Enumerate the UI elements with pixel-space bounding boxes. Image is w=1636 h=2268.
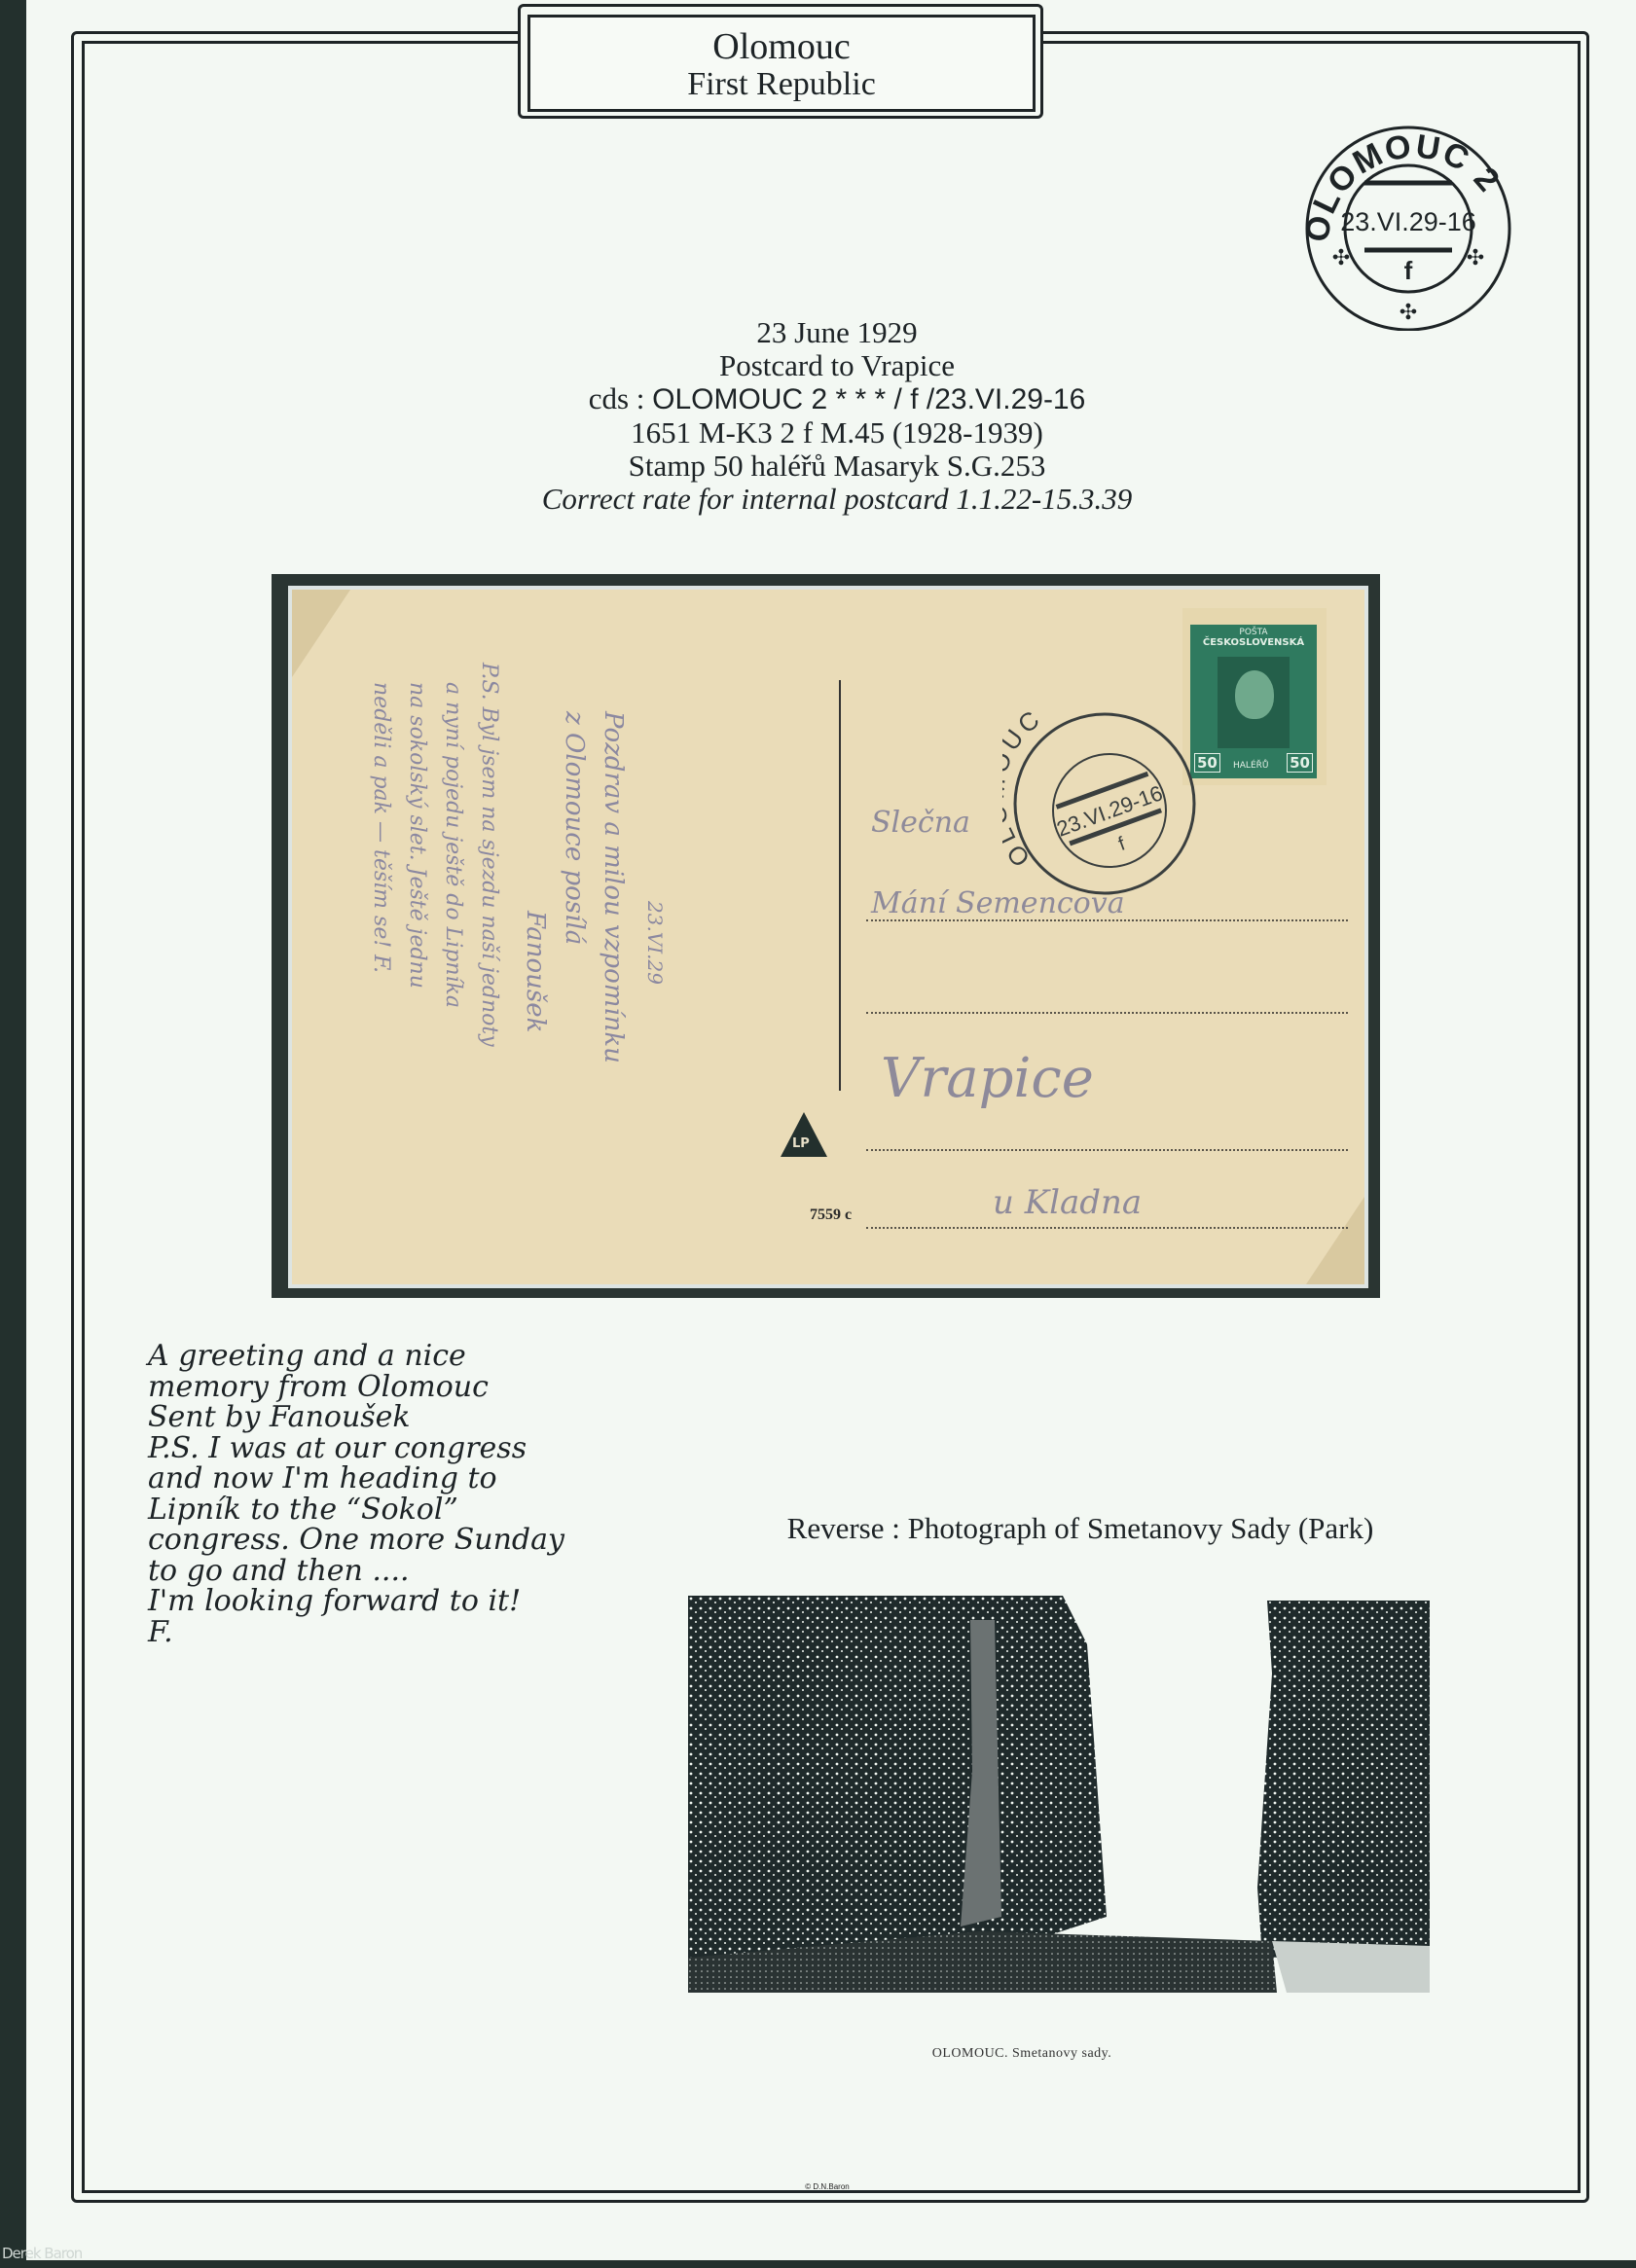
item-date: 23 June 1929: [370, 316, 1304, 349]
message-date: 23.VI.29: [643, 901, 667, 985]
watermark: Derek Baron: [2, 2245, 82, 2262]
translation-line: to go and then ....: [148, 1556, 654, 1587]
title-period: First Republic: [530, 66, 1033, 103]
address-rule: [866, 1012, 1348, 1014]
address-rule: [866, 1227, 1348, 1229]
address-line: Slečna: [871, 806, 970, 840]
item-stamp: Stamp 50 haléřů Masaryk S.G.253: [370, 450, 1304, 483]
item-type: Postcard to Vrapice: [370, 349, 1304, 382]
stamp-country: ČESKOSLOVENSKÁ: [1190, 637, 1317, 648]
message-line: Pozdrav a milou vzpomínku: [599, 711, 628, 1063]
message-translation: A greeting and a nice memory from Olomou…: [148, 1341, 654, 1647]
postmark-letter: f: [1404, 256, 1413, 285]
item-rate-note: Correct rate for internal postcard 1.1.2…: [370, 483, 1304, 516]
postcard: Pozdrav a milou vzpomínku z Olomouce pos…: [288, 586, 1368, 1288]
address-rule: [866, 1149, 1348, 1151]
scan-edge: [0, 0, 26, 2268]
stamp-currency: HALÉŘŮ: [1233, 761, 1268, 771]
title-town: Olomouc: [530, 27, 1033, 66]
publisher-logo-text: LP: [792, 1136, 810, 1151]
ps-line: na sokolský slet. Ještě jednu: [405, 682, 429, 989]
stamp-value: 50: [1287, 753, 1313, 773]
translation-line: A greeting and a nice: [148, 1341, 654, 1372]
star-ornament-icon: ✣: [1332, 245, 1350, 270]
item-description: 23 June 1929 Postcard to Vrapice cds : O…: [370, 316, 1304, 516]
photo-caption: OLOMOUC. Smetanovy sady.: [827, 2046, 1217, 2062]
translation-line: P.S. I was at our congress: [148, 1433, 654, 1464]
star-ornament-icon: ✣: [1467, 245, 1484, 270]
svg-text:f: f: [1115, 833, 1128, 855]
svg-text:OLOMOUC: OLOMOUC: [1002, 702, 1048, 873]
translation-line: Sent by Fanoušek: [148, 1402, 654, 1433]
ps-line: neděli a pak — těším se! F.: [369, 682, 393, 973]
translation-line: F.: [148, 1617, 654, 1648]
photo-corner: [292, 590, 350, 677]
translation-line: and now I'm heading to: [148, 1463, 654, 1494]
reverse-caption: Reverse : Photograph of Smetanovy Sady (…: [681, 1511, 1479, 1546]
item-type-ref: 1651 M-K3 2 f M.45 (1928-1939): [370, 416, 1304, 450]
copyright: © D.N.Baron: [681, 2182, 973, 2191]
translation-line: memory from Olomouc: [148, 1372, 654, 1403]
translation-line: Lipník to the “Sokol”: [148, 1494, 654, 1526]
address-line: u Kladna: [993, 1183, 1142, 1222]
page-title: Olomouc First Republic: [527, 15, 1036, 112]
stamp-posta: POŠTA: [1190, 628, 1317, 637]
item-cds: cds : OLOMOUC 2 * * * / f /23.VI.29-16: [370, 382, 1304, 416]
address-line: Vrapice: [881, 1047, 1094, 1110]
ps-line: a nyní pojedu ještě do Lipníka: [441, 682, 465, 1008]
card-divider: [839, 680, 841, 1091]
star-ornament-icon: ✣: [1400, 300, 1417, 324]
ps-line: P.S. Byl jsem na sjezdu naší jednoty: [477, 663, 501, 1047]
park-photo: [688, 1596, 1430, 1993]
translation-line: I'm looking forward to it!: [148, 1586, 654, 1617]
photo-corner: [1306, 1197, 1364, 1284]
masaryk-portrait-icon: [1218, 657, 1290, 748]
card-number: 7559 c: [810, 1206, 852, 1224]
card-postmark: 23.VI.29-16 f OLOMOUC: [1002, 702, 1207, 906]
scan-edge-bottom: [0, 2260, 1636, 2268]
postmark-illustration: OLOMOUC 2 23.VI.29-16 f ✣ ✣ ✣: [1285, 97, 1528, 331]
message-line: z Olomouce posílá: [560, 711, 589, 945]
postmark-date: 23.VI.29-16: [1340, 207, 1476, 236]
message-signature: Fanoušek: [521, 911, 550, 1032]
translation-line: congress. One more Sunday: [148, 1525, 654, 1556]
